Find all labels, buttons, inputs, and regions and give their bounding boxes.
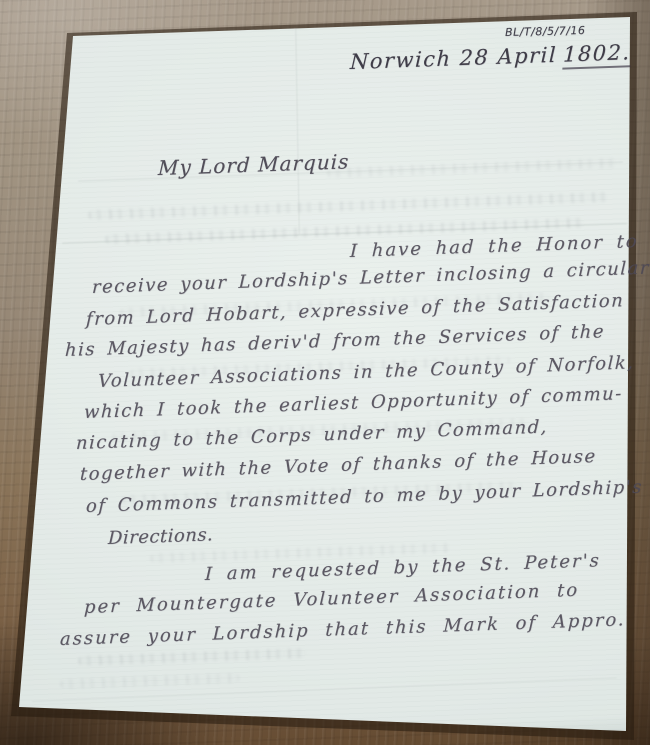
body-line: Directions. [108, 524, 214, 549]
dateline-year: 1802. [563, 40, 632, 69]
archive-reference: BL/T/8/5/7/16 [505, 24, 586, 39]
